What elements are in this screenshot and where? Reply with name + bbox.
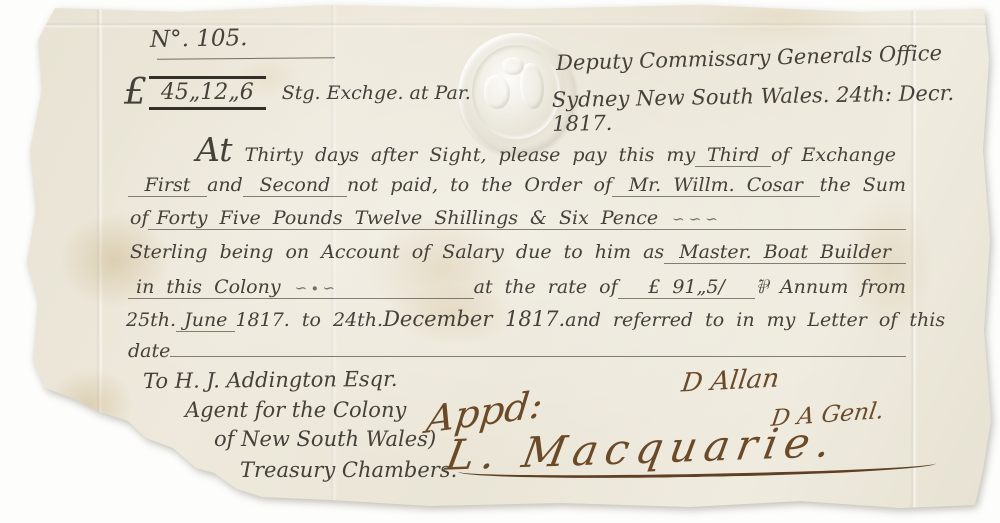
amount-row: £ 45„12„6 Stg. Exchge. at Par.: [124, 72, 471, 113]
body-text: Sterling being on Account of Salary due …: [130, 241, 664, 263]
embossed-seal-figure: [502, 57, 524, 75]
body-text: Thirty days after Sight, please pay this…: [245, 144, 696, 166]
addressee-title-line: Agent for the Colony: [185, 398, 406, 422]
filled-blank-payee: Mr. Willm. Cosar: [612, 174, 820, 197]
empty-blank-date: [170, 356, 906, 357]
stain-blot: [46, 368, 134, 440]
commissary-signature: D Allan: [680, 363, 781, 398]
filled-blank-occupation: Master. Boat Builder: [664, 241, 906, 264]
body-line-6: 25th. June 1817. to 24th. December 1817.…: [126, 307, 906, 332]
amount-note: Stg. Exchge. at Par.: [282, 82, 471, 104]
body-text: and: [207, 174, 243, 196]
filled-blank-second: Second: [243, 174, 347, 197]
paper-wrapper: N°. 105. £ 45„12„6 Stg. Exchge. at Par. …: [0, 0, 1000, 523]
body-line-4: Sterling being on Account of Salary due …: [130, 241, 906, 264]
filled-blank-amount-words: Forty Five Pounds Twelve Shillings & Six…: [148, 207, 906, 230]
filled-text: Third: [707, 144, 759, 166]
filled-text: in this Colony: [136, 276, 281, 298]
filled-text: £ 91„5∕: [648, 276, 725, 298]
filled-text: Mr. Willm. Cosar: [629, 174, 803, 196]
document-number-underline: [157, 57, 335, 60]
filled-text: Master. Boat Builder: [679, 241, 891, 263]
pen-flourish: ∽∽∽: [672, 210, 722, 228]
body-line-7: date: [128, 340, 906, 362]
filled-text: First: [145, 174, 191, 196]
place-date-line: Sydney New South Wales. 24th: Decr. 1817…: [552, 80, 1000, 136]
office-line: Deputy Commissary Generals Office: [556, 41, 942, 75]
filled-text: December 1817.: [383, 307, 565, 331]
body-text: the Sum: [820, 174, 906, 196]
body-text: and referred to in my Letter of this: [565, 309, 945, 331]
fold-crease: [910, 0, 917, 523]
filled-text: June: [184, 309, 227, 331]
body-text: at the rate of: [474, 276, 618, 298]
addressee-chambers-line: Treasury Chambers.: [240, 458, 457, 482]
currency-symbol: £: [124, 72, 147, 113]
fold-crease: [96, 0, 103, 523]
filled-blank-colony: in this Colony ∽∙∽: [128, 276, 474, 299]
embossed-seal-figure: [484, 75, 510, 109]
filled-text: Second: [260, 174, 331, 196]
lead-capital: At: [196, 140, 233, 160]
filled-blank-rate: £ 91„5∕: [618, 276, 756, 299]
addressee-line: To H. J. Addington Esqr.: [143, 367, 398, 393]
filled-text: 25th.: [126, 309, 176, 331]
amount-figures: 45„12„6: [149, 76, 266, 110]
scan-background: N°. 105. £ 45„12„6 Stg. Exchge. at Par. …: [0, 0, 1000, 523]
filled-blank-first: First: [128, 174, 207, 197]
body-text: ⅌ Annum from: [755, 273, 906, 299]
filled-blank-third: Third: [695, 144, 771, 167]
body-text: of Exchange: [771, 144, 896, 166]
body-line-5: in this Colony ∽∙∽ at the rate of £ 91„5…: [128, 273, 906, 299]
body-text: date: [128, 340, 170, 362]
body-line-3: of Forty Five Pounds Twelve Shillings & …: [130, 207, 906, 230]
filled-text: Forty Five Pounds Twelve Shillings & Six…: [156, 207, 658, 229]
pen-flourish: ∽∙∽: [295, 279, 340, 297]
body-line-2: First and Second not paid, to the Order …: [128, 174, 906, 197]
filled-text: 1817. to 24th.: [235, 309, 383, 331]
body-line-1: At Thirty days after Sight, please pay t…: [196, 140, 896, 167]
addressee-colony-line: of New South Wales): [214, 427, 436, 451]
filled-blank-month: June: [176, 309, 235, 332]
document-number: N°. 105.: [150, 25, 248, 53]
body-text: of: [130, 207, 148, 229]
body-text: not paid, to the Order of: [347, 174, 612, 196]
paper-sheet: N°. 105. £ 45„12„6 Stg. Exchge. at Par. …: [0, 0, 1000, 523]
